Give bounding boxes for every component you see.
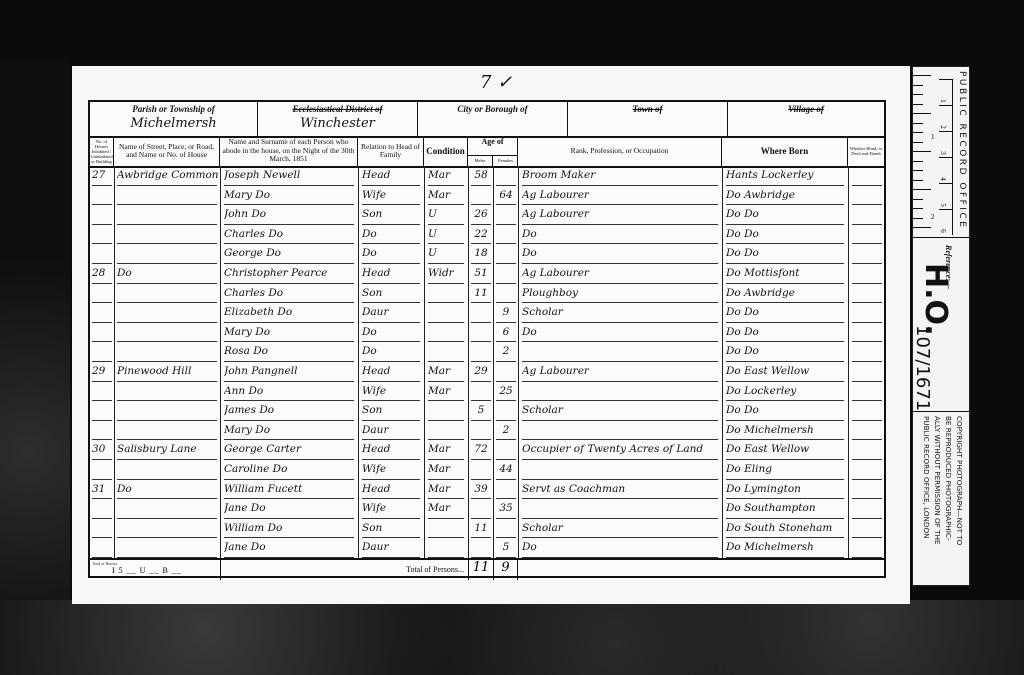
table-row: Jane DoDaur5DoDo Michelmersh	[90, 538, 884, 558]
ruler-tick	[913, 208, 923, 209]
census-form: Parish or Township of Michelmersh Eccles…	[88, 100, 886, 578]
cell-born: Do Do	[726, 404, 846, 420]
cell-condition: Mar	[428, 443, 466, 459]
table-row: 31DoWilliam FucettHeadMar39Servt as Coac…	[90, 480, 884, 500]
cell-female-age	[496, 169, 516, 185]
cell-occupation: Scholar	[522, 522, 720, 538]
cell-condition	[428, 541, 466, 557]
cell-street	[117, 385, 219, 401]
cell-born: Do Lymington	[726, 483, 846, 499]
cell-occupation: Ag Labourer	[522, 208, 720, 224]
cell-schedule: 27	[92, 169, 112, 185]
ruler-cm-label: 3	[939, 151, 947, 155]
ruler-inch-label: 2	[931, 213, 935, 221]
cell-female-age	[496, 483, 516, 499]
cell-street	[117, 502, 219, 518]
city-label: City or Borough of	[418, 104, 567, 114]
ruler-tick	[913, 104, 923, 105]
cell-street	[117, 424, 219, 440]
cell-male-age	[471, 385, 491, 401]
cell-occupation: Ag Labourer	[522, 267, 720, 283]
cell-schedule	[92, 326, 112, 342]
cell-occupation: Broom Maker	[522, 169, 720, 185]
table-row: Jane DoWifeMar35Do Southampton	[90, 499, 884, 519]
cell-street	[117, 208, 219, 224]
cell-born: Do Eling	[726, 463, 846, 479]
cell-relation: Head	[362, 267, 422, 283]
table-row: Mary DoWifeMar64Ag LabourerDo Awbridge	[90, 186, 884, 206]
cell-condition: U	[428, 208, 466, 224]
column-headers: No. of Houses Inhabited / Uninhabited or…	[90, 136, 884, 168]
col-occupation: Rank, Profession, or Occupation	[518, 136, 722, 166]
cell-street	[117, 541, 219, 557]
cell-name: Charles Do	[224, 287, 356, 303]
town-label: Town of	[568, 104, 727, 114]
ruler-tick	[913, 123, 923, 124]
cell-male-age	[471, 306, 491, 322]
ruler-tick	[913, 227, 931, 228]
cell-male-age	[471, 424, 491, 440]
cell-male-age	[471, 463, 491, 479]
cell-occupation: Occupier of Twenty Acres of Land	[522, 443, 720, 459]
houses-total-cell: Total of Houses I 5 __ U __ B __	[90, 560, 221, 580]
cell-condition: Mar	[428, 365, 466, 381]
cell-condition: U	[428, 228, 466, 244]
cell-condition: Mar	[428, 169, 466, 185]
cell-female-age: 2	[496, 345, 516, 361]
cell-female-age	[496, 443, 516, 459]
cell-street: Do	[117, 483, 219, 499]
table-row: Charles DoSon11PloughboyDo Awbridge	[90, 284, 884, 304]
ecclesiastical-label: Ecclesiastical District of	[258, 104, 417, 114]
table-row: Ann DoWifeMar25Do Lockerley	[90, 382, 884, 402]
cell-male-age: 29	[471, 365, 491, 381]
cell-street: Awbridge Common	[117, 169, 219, 185]
totals-footer: Total of Houses I 5 __ U __ B __ Total o…	[90, 558, 884, 580]
cell-relation: Wife	[362, 502, 422, 518]
cell-born: Do South Stoneham	[726, 522, 846, 538]
cell-born: Do Michelmersh	[726, 424, 846, 440]
cell-female-age	[496, 404, 516, 420]
page-folio-mark: 7 ✓	[480, 72, 512, 93]
ruler-tick	[913, 180, 923, 181]
cell-occupation: Servt as Coachman	[522, 483, 720, 499]
cell-occupation: Do	[522, 541, 720, 557]
cell-born: Do Awbridge	[726, 189, 846, 205]
cell-relation: Daur	[362, 306, 422, 322]
cell-female-age	[496, 208, 516, 224]
cell-name: Caroline Do	[224, 463, 356, 479]
ecclesiastical-value: Winchester	[258, 116, 417, 131]
table-row: Rosa DoDo2Do Do	[90, 342, 884, 362]
cell-relation: Head	[362, 365, 422, 381]
cell-male-age: 51	[471, 267, 491, 283]
cell-occupation: Do	[522, 228, 720, 244]
cell-born: Do Do	[726, 306, 846, 322]
cell-male-age: 58	[471, 169, 491, 185]
ruler-cm-label: 5	[939, 203, 947, 207]
cell-male-age: 5	[471, 404, 491, 420]
cell-relation: Wife	[362, 189, 422, 205]
cell-condition: Widr	[428, 267, 466, 283]
cell-female-age: 5	[496, 541, 516, 557]
cell-occupation	[522, 345, 720, 361]
office-label: PUBLIC RECORD OFFICE	[957, 71, 967, 229]
district-header: Parish or Township of Michelmersh Eccles…	[90, 102, 884, 138]
ruler-inch-label: 1	[931, 133, 935, 141]
cell-relation: Head	[362, 443, 422, 459]
cell-born: Do Do	[726, 326, 846, 342]
cell-occupation: Scholar	[522, 306, 720, 322]
cell-schedule	[92, 522, 112, 538]
cell-name: Charles Do	[224, 228, 356, 244]
cell-relation: Do	[362, 228, 422, 244]
cell-occupation: Do	[522, 247, 720, 263]
cell-occupation: Scholar	[522, 404, 720, 420]
cell-schedule	[92, 345, 112, 361]
cell-schedule	[92, 208, 112, 224]
cell-name: Jane Do	[224, 541, 356, 557]
cell-name: James Do	[224, 404, 356, 420]
cell-occupation	[522, 424, 720, 440]
table-row: Caroline DoWifeMar44Do Eling	[90, 460, 884, 480]
ruler-cm-label: 1	[939, 99, 947, 103]
cell-relation: Daur	[362, 424, 422, 440]
cell-male-age: 11	[471, 287, 491, 303]
cell-schedule	[92, 424, 112, 440]
cell-born: Do Southampton	[726, 502, 846, 518]
col-age: Age of Males Females	[468, 136, 518, 166]
ruler-tick	[913, 199, 923, 200]
table-row: Elizabeth DoDaur9ScholarDo Do	[90, 303, 884, 323]
cell-born: Do Do	[726, 345, 846, 361]
col-condition: Condition	[424, 136, 468, 166]
total-persons-label: Total of Persons...	[406, 565, 464, 574]
ruler-tick	[913, 170, 923, 171]
cell-name: Mary Do	[224, 424, 356, 440]
cell-name: John Do	[224, 208, 356, 224]
cell-female-age	[496, 365, 516, 381]
cell-condition	[428, 287, 466, 303]
table-row: 27Awbridge CommonJoseph NewellHeadMar58B…	[90, 166, 884, 186]
ruler-tick	[913, 113, 931, 114]
cell-female-age: 9	[496, 306, 516, 322]
cell-occupation: Ag Labourer	[522, 365, 720, 381]
village-label: Village of	[728, 104, 884, 114]
cell-female-age	[496, 247, 516, 263]
film-border-bottom	[0, 600, 1024, 675]
cell-male-age	[471, 502, 491, 518]
col-street: Name of Street, Place, or Road, and Name…	[114, 136, 220, 166]
cell-relation: Wife	[362, 385, 422, 401]
ruler-tick	[913, 151, 931, 152]
cell-occupation	[522, 385, 720, 401]
cell-male-age: 22	[471, 228, 491, 244]
cell-street	[117, 228, 219, 244]
ruler-tick	[913, 218, 923, 219]
parish-cell: Parish or Township of Michelmersh	[90, 102, 258, 136]
table-row: George DoDoU18DoDo Do	[90, 244, 884, 264]
cell-schedule: 29	[92, 365, 112, 381]
cell-schedule	[92, 189, 112, 205]
city-cell: City or Borough of	[418, 102, 568, 136]
cell-schedule	[92, 502, 112, 518]
ruler-tick	[913, 94, 923, 95]
cell-schedule	[92, 306, 112, 322]
cell-condition	[428, 326, 466, 342]
cell-relation: Son	[362, 522, 422, 538]
cell-street	[117, 345, 219, 361]
cell-female-age: 6	[496, 326, 516, 342]
col-age-of: Age of	[468, 138, 517, 147]
col-females: Females	[493, 155, 518, 166]
census-entries: 27Awbridge CommonJoseph NewellHeadMar58B…	[90, 166, 884, 558]
col-houses: No. of Houses Inhabited / Uninhabited or…	[90, 136, 114, 166]
cell-occupation: Do	[522, 326, 720, 342]
cell-occupation	[522, 463, 720, 479]
cell-born: Do Do	[726, 208, 846, 224]
cell-female-age	[496, 522, 516, 538]
table-row: 29Pinewood HillJohn PangnellHeadMar29Ag …	[90, 362, 884, 382]
cell-condition	[428, 424, 466, 440]
cell-street: Salisbury Lane	[117, 443, 219, 459]
cell-name: George Carter	[224, 443, 356, 459]
cell-relation: Son	[362, 287, 422, 303]
table-row: 28DoChristopher PearceHeadWidr51Ag Labou…	[90, 264, 884, 284]
ruler-cm-label: 2	[939, 125, 947, 129]
cell-schedule	[92, 404, 112, 420]
cell-name: Rosa Do	[224, 345, 356, 361]
cell-condition: Mar	[428, 463, 466, 479]
cell-street	[117, 522, 219, 538]
table-row: Mary DoDo6DoDo Do	[90, 323, 884, 343]
ruler-tick	[913, 132, 923, 133]
cell-street	[117, 189, 219, 205]
cell-female-age: 44	[496, 463, 516, 479]
cell-relation: Wife	[362, 463, 422, 479]
cell-schedule	[92, 228, 112, 244]
cell-female-age: 35	[496, 502, 516, 518]
cell-schedule: 30	[92, 443, 112, 459]
film-border-left	[0, 60, 70, 620]
ruler-tick	[913, 161, 923, 162]
cell-born: Hants Lockerley	[726, 169, 846, 185]
cell-female-age: 25	[496, 385, 516, 401]
cell-schedule: 28	[92, 267, 112, 283]
col-males: Males	[468, 155, 493, 166]
cell-male-age: 72	[471, 443, 491, 459]
town-cell: Town of	[568, 102, 728, 136]
cell-name: William Do	[224, 522, 356, 538]
total-males: 11	[468, 560, 493, 580]
cell-condition: Mar	[428, 483, 466, 499]
cell-male-age: 11	[471, 522, 491, 538]
cell-male-age	[471, 326, 491, 342]
ruler-cm-label: 6	[939, 229, 947, 233]
ruler-tick	[913, 75, 931, 76]
cell-schedule	[92, 541, 112, 557]
cell-condition: Mar	[428, 385, 466, 401]
ruler-tick	[913, 189, 931, 190]
cell-street: Pinewood Hill	[117, 365, 219, 381]
table-row: Charles DoDoU22DoDo Do	[90, 225, 884, 245]
cell-female-age	[496, 228, 516, 244]
cell-street	[117, 463, 219, 479]
cell-relation: Head	[362, 169, 422, 185]
cell-relation: Son	[362, 208, 422, 224]
ecclesiastical-cell: Ecclesiastical District of Winchester	[258, 102, 418, 136]
cell-male-age	[471, 541, 491, 557]
cell-name: Elizabeth Do	[224, 306, 356, 322]
cell-condition	[428, 306, 466, 322]
cell-schedule	[92, 463, 112, 479]
parish-value: Michelmersh	[90, 116, 257, 131]
col-blind: Whether Blind, or Deaf-and-Dumb	[848, 136, 884, 166]
cell-male-age	[471, 189, 491, 205]
cell-name: George Do	[224, 247, 356, 263]
village-cell: Village of	[728, 102, 884, 136]
copyright-notice: COPYRIGHT PHOTOGRAPH—NOT TO BE REPRODUCE…	[921, 416, 965, 545]
cell-schedule: 31	[92, 483, 112, 499]
col-name: Name and Surname of each Person who abod…	[220, 136, 358, 166]
cell-female-age	[496, 267, 516, 283]
cell-male-age: 18	[471, 247, 491, 263]
cell-name: Jane Do	[224, 502, 356, 518]
col-relation: Relation to Head of Family	[358, 136, 424, 166]
cell-street	[117, 306, 219, 322]
cell-schedule	[92, 287, 112, 303]
cell-name: Mary Do	[224, 189, 356, 205]
cell-female-age	[496, 287, 516, 303]
cell-occupation: Ploughboy	[522, 287, 720, 303]
cell-condition: U	[428, 247, 466, 263]
cell-relation: Son	[362, 404, 422, 420]
ruler-tick	[913, 142, 923, 143]
cell-name: Christopher Pearce	[224, 267, 356, 283]
copyright-box: COPYRIGHT PHOTOGRAPH—NOT TO BE REPRODUCE…	[913, 411, 969, 586]
table-row: 30Salisbury LaneGeorge CarterHeadMar72Oc…	[90, 440, 884, 460]
cell-schedule	[92, 385, 112, 401]
cell-relation: Do	[362, 247, 422, 263]
cell-born: Do Awbridge	[726, 287, 846, 303]
cell-street	[117, 404, 219, 420]
cell-female-age: 2	[496, 424, 516, 440]
cell-name: Ann Do	[224, 385, 356, 401]
cell-condition	[428, 404, 466, 420]
cell-relation: Do	[362, 326, 422, 342]
cell-relation: Head	[362, 483, 422, 499]
reference-tab: 12123456 PUBLIC RECORD OFFICE Reference:…	[912, 66, 970, 586]
cell-condition	[428, 522, 466, 538]
cell-born: Do Lockerley	[726, 385, 846, 401]
cell-street	[117, 326, 219, 342]
cell-condition: Mar	[428, 502, 466, 518]
houses-uhb: I 5 __ U __ B __	[112, 566, 182, 575]
cell-male-age: 39	[471, 483, 491, 499]
ruler-cm-label: 4	[939, 177, 947, 181]
cell-born: Do Do	[726, 247, 846, 263]
cell-male-age: 26	[471, 208, 491, 224]
cell-born: Do Michelmersh	[726, 541, 846, 557]
cell-street	[117, 247, 219, 263]
cell-occupation: Ag Labourer	[522, 189, 720, 205]
table-row: William DoSon11ScholarDo South Stoneham	[90, 519, 884, 539]
cell-male-age	[471, 345, 491, 361]
cell-name: Joseph Newell	[224, 169, 356, 185]
parish-label: Parish or Township of	[90, 104, 257, 114]
table-row: John DoSonU26Ag LabourerDo Do	[90, 205, 884, 225]
cell-born: Do Mottisfont	[726, 267, 846, 283]
cell-occupation	[522, 502, 720, 518]
ruler-tick	[913, 85, 923, 86]
cell-relation: Daur	[362, 541, 422, 557]
total-females: 9	[493, 560, 518, 580]
cell-born: Do East Wellow	[726, 443, 846, 459]
table-row: James DoSon5ScholarDo Do	[90, 401, 884, 421]
cell-condition: Mar	[428, 189, 466, 205]
cell-name: William Fucett	[224, 483, 356, 499]
table-row: Mary DoDaur2Do Michelmersh	[90, 421, 884, 441]
cell-street	[117, 287, 219, 303]
cell-schedule	[92, 247, 112, 263]
reference-number: 107/1671	[912, 325, 933, 411]
cell-born: Do East Wellow	[726, 365, 846, 381]
cell-relation: Do	[362, 345, 422, 361]
cell-name: John Pangnell	[224, 365, 356, 381]
cell-condition	[428, 345, 466, 361]
cell-female-age: 64	[496, 189, 516, 205]
cell-born: Do Do	[726, 228, 846, 244]
col-where-born: Where Born	[722, 136, 848, 166]
cell-name: Mary Do	[224, 326, 356, 342]
cell-street: Do	[117, 267, 219, 283]
